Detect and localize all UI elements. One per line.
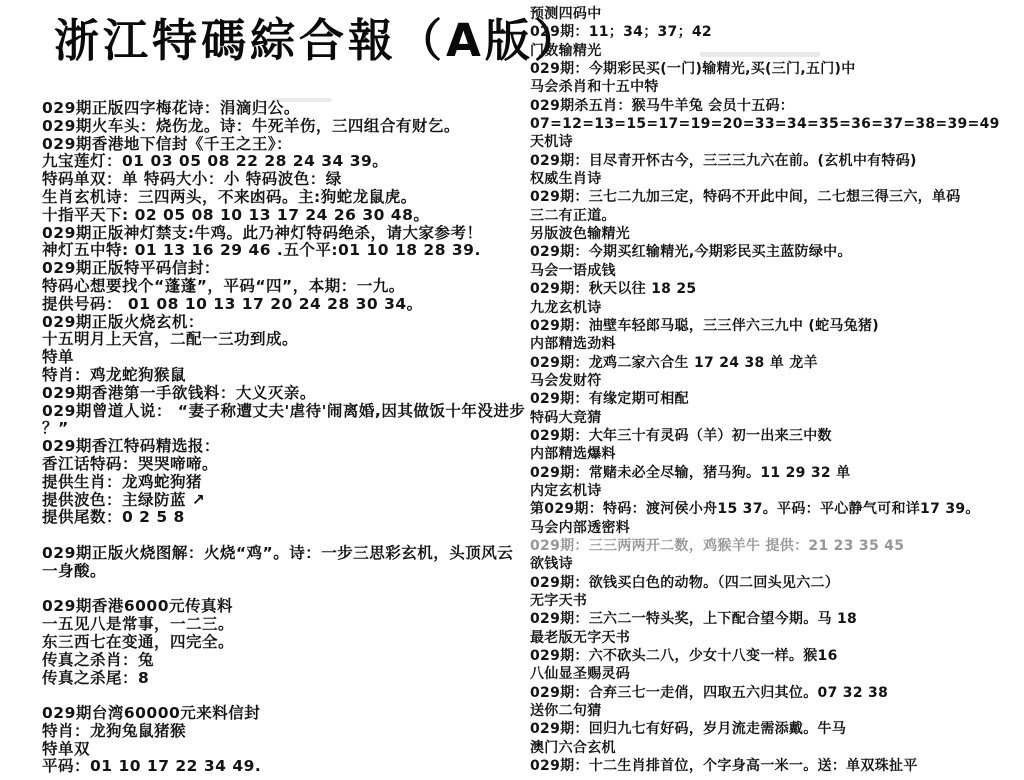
text-line: 029期：今期买红输精光,今期彩民买主蓝防绿中。 [530, 243, 1022, 261]
text-line: 最老版无字天书 [530, 629, 1022, 647]
text-line: 提供号码： 01 08 10 13 17 20 24 28 30 34。 [42, 296, 530, 314]
text-line: 029期曾道人说： “妻子称遭丈夫'虐待'闹离婚,因其做饭十年没进步 [42, 403, 530, 421]
text-line: 029期：11；34；37；42 [530, 23, 1022, 41]
text-line: 029期：回归九七有好码，岁月流走需添戴。牛马 [530, 720, 1022, 738]
text-line: 特码心想要找个“蓬蓬”，平码“四”，本期：一九。 [42, 278, 530, 296]
text-line: 07=12=13=15=17=19=20=33=34=35=36=37=38=3… [530, 115, 1022, 133]
text-line: 十五明月上天宫，二配一三功到成。 [42, 331, 530, 349]
text-line [42, 687, 530, 705]
text-line [42, 527, 530, 545]
text-line: ？” [42, 420, 530, 438]
text-line: 029期：常赌未必全尽输，猪马狗。11 29 32 单 [530, 464, 1022, 482]
text-line: 内定玄机诗 [530, 482, 1022, 500]
text-line: 029期正版神灯禁支:牛鸡。此乃神灯特码绝杀，请大家参考！ [42, 225, 530, 243]
text-line: 无字天书 [530, 592, 1022, 610]
text-line: 一身酸。 [42, 563, 530, 581]
text-line: 029期正版火烧图解：火烧“鸡”。诗：一步三思彩玄机，头顶风云 [42, 545, 530, 563]
text-line: 特单 [42, 349, 530, 367]
text-line: 029期：目尽青开怀古今，三三三九六在前。(玄机中有特码) [530, 152, 1022, 170]
text-line: 澳门六合玄机 [530, 739, 1022, 757]
text-line: 八仙显圣赐灵码 [530, 665, 1022, 683]
scanned-report-page: 浙江特碼綜合報（A版） 029期正版四字梅花诗：涓滴归公。029期火车头：烧伤龙… [0, 0, 1024, 780]
text-line: 029期：有缘定期可相配 [530, 390, 1022, 408]
text-line: 九宝莲灯：01 03 05 08 22 28 24 34 39。 [42, 153, 530, 171]
text-line: 第029期：特码：渡河侯小舟15 37。平码：平心静气可和详17 39。 [530, 500, 1022, 518]
text-line: 029期香港6000元传真料 [42, 598, 530, 616]
text-line: 欲钱诗 [530, 555, 1022, 573]
left-column: 029期正版四字梅花诗：涓滴归公。029期火车头：烧伤龙。诗：牛死羊伤，三四组合… [42, 100, 530, 776]
right-column: 预测四码中029期：11；34；37；42门数输精光029期：今期彩民买(一门)… [530, 5, 1022, 775]
text-line: 特肖：鸡龙蛇狗猴鼠 [42, 367, 530, 385]
text-line: 提供尾数：0 2 5 8 [42, 509, 530, 527]
text-line: 029期杀五肖：猴马牛羊兔 会员十五码： [530, 97, 1022, 115]
text-line: 029期正版四字梅花诗：涓滴归公。 [42, 100, 530, 118]
text-line: 传真之杀肖：兔 [42, 652, 530, 670]
text-line: 天机诗 [530, 133, 1022, 151]
text-line: 权威生肖诗 [530, 170, 1022, 188]
text-line: 029期：三七二九加三定，特码不开此中间，二七想三得三六，单码 [530, 188, 1022, 206]
text-line: 029期香江特码精选报： [42, 438, 530, 456]
text-line: 十指平天下: 02 05 08 10 13 17 24 26 30 48。 [42, 207, 530, 225]
text-line: 提供波色：主绿防蓝 ↗ [42, 492, 530, 510]
text-line: 门数输精光 [530, 42, 1022, 60]
text-line: 029期正版特平码信封： [42, 260, 530, 278]
text-line: 香江话特码：哭哭啼啼。 [42, 456, 530, 474]
text-line: 传真之杀尾：8 [42, 670, 530, 688]
text-line [42, 581, 530, 599]
text-line: 029期：合弃三七一走俏，四取五六归其位。07 32 38 [530, 684, 1022, 702]
text-line: 另版波色输精光 [530, 225, 1022, 243]
text-line: 生肖玄机诗：三四两头，不来凼码。主:狗蛇龙鼠虎。 [42, 189, 530, 207]
text-line: 特肖：龙狗兔鼠猪猴 [42, 723, 530, 741]
text-line: 内部精选劲料 [530, 335, 1022, 353]
text-line: 029期：三六二一特头奖，上下配合望今期。马 18 [530, 610, 1022, 628]
text-line: 特码单双：单 特码大小：小 特码波色：绿 [42, 171, 530, 189]
text-line: 马会杀肖和十五中特 [530, 78, 1022, 96]
text-line: 预测四码中 [530, 5, 1022, 23]
text-line: 东三西七在变通，四完全。 [42, 634, 530, 652]
text-line: 平码：01 10 17 22 34 49. [42, 758, 530, 776]
text-line: 提供生肖：龙鸡蛇狗猪 [42, 474, 530, 492]
text-line: 029期：油壁车轻郎马聪，三三伴六三九中 (蛇马兔猪) [530, 317, 1022, 335]
text-line: 马会一语成钱 [530, 262, 1022, 280]
text-line: 神灯五中特: 01 13 16 29 46 .五个平:01 10 18 28 3… [42, 242, 530, 260]
text-line: 029期火车头：烧伤龙。诗：牛死羊伤，三四组合有财乞。 [42, 118, 530, 136]
text-line: 三二有正道。 [530, 207, 1022, 225]
text-line: 029期香港第一手欲钱料：大义灭亲。 [42, 385, 530, 403]
text-line: 029期：今期彩民买(一门)输精光,买(三门,五门)中 [530, 60, 1022, 78]
page-title: 浙江特碼綜合報（A版） [54, 4, 583, 69]
text-line: 内部精选爆料 [530, 445, 1022, 463]
text-line: 马会发财符 [530, 372, 1022, 390]
text-line: 九龙玄机诗 [530, 299, 1022, 317]
text-line: 029期：秋天以往 18 25 [530, 280, 1022, 298]
text-line: 特单双 [42, 741, 530, 759]
text-line: 029期香港地下信封《千王之王》： [42, 136, 530, 154]
text-line: 029期：欲钱买白色的动物。（四二回头见六二） [530, 574, 1022, 592]
text-line: 029期：龙鸡二家六合生 17 24 38 单 龙羊 [530, 354, 1022, 372]
text-line: 029期：大年三十有灵码（羊）初一出来三中数 [530, 427, 1022, 445]
text-line: 029期正版火烧玄机： [42, 314, 530, 332]
text-line: 029期台湾60000元来料信封 [42, 705, 530, 723]
text-line: 送你二句猜 [530, 702, 1022, 720]
text-line: 特码大竞猜 [530, 409, 1022, 427]
text-line: 马会内部透密料 [530, 519, 1022, 537]
text-line: 029期：十二生肖排首位，个字身高一米一。送：单双珠扯平 [530, 757, 1022, 775]
text-line: 029期：六不砍头二八，少女十八变一样。猴16 [530, 647, 1022, 665]
text-line: 029期：三三两两开二数，鸡猴羊牛 提供：21 23 35 45 [530, 537, 1022, 555]
text-line: 一五见八是常事，一二三。 [42, 616, 530, 634]
